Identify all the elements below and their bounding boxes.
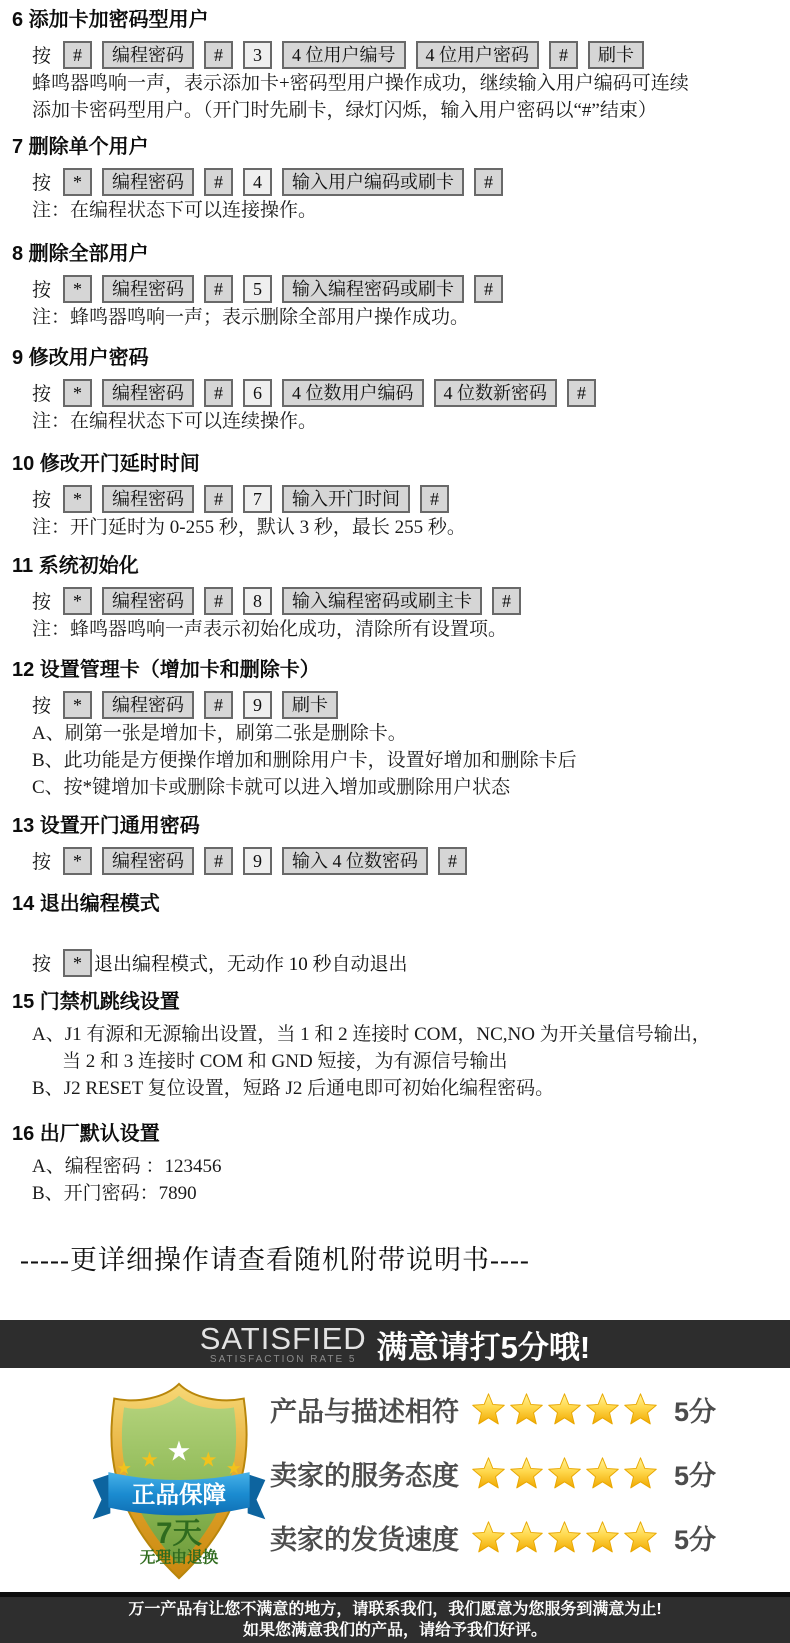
rating-score: 5分 xyxy=(674,1390,716,1429)
body-line: 注：在编程状态下可以连续操作。 xyxy=(0,409,790,434)
section-heading: 15 门禁机跳线设置 xyxy=(0,990,790,1014)
keypad-key: 输入编程密码或刷卡 xyxy=(282,275,464,303)
badge-star-icon: ★ xyxy=(199,1449,217,1471)
ribbon-label: 正品保障 xyxy=(132,1481,227,1508)
keypad-key: 刷卡 xyxy=(282,691,338,719)
section-heading: 8 删除全部用户 xyxy=(0,242,790,266)
footer-line-1: 万一产品有让您不满意的地方，请联系我们，我们愿意为您服务到满意为止! xyxy=(0,1599,790,1620)
body-line: A、J1 有源和无源输出设置，当 1 和 2 连接时 COM，NC,NO 为开关… xyxy=(0,1022,790,1047)
section-heading: 14 退出编程模式 xyxy=(0,892,790,916)
keypad-key: * xyxy=(63,847,92,875)
keypad-sequence: 按*编程密码#7输入开门时间# xyxy=(0,484,790,513)
section-heading: 10 修改开门延时时间 xyxy=(0,452,790,476)
keypad-key: 编程密码 xyxy=(102,485,194,513)
badge-star-icon: ★ xyxy=(140,1449,158,1471)
keypad-key: 编程密码 xyxy=(102,691,194,719)
rating-row: 卖家的服务态度5分 xyxy=(270,1452,716,1494)
keypad-key: * xyxy=(63,587,92,615)
rating-label: 卖家的服务态度 xyxy=(270,1454,466,1493)
keypad-key: 9 xyxy=(243,691,272,719)
keypad-sequence: 按*编程密码#9输入 4 位数密码# xyxy=(0,846,790,875)
keypad-key: 编程密码 xyxy=(102,847,194,875)
instruction-section-13: 13 设置开门通用密码按*编程密码#9输入 4 位数密码# xyxy=(0,814,790,875)
star-icon xyxy=(622,1455,659,1492)
authenticity-badge: ★ ★ ★ ★ ★ 正品保障 7天 无理由退换 xyxy=(90,1378,268,1584)
keypad-key: * xyxy=(63,168,92,196)
rating-rows: 产品与描述相符5分卖家的服务态度5分卖家的发货速度5分 xyxy=(270,1388,716,1558)
keypad-key: 4 位数新密码 xyxy=(434,379,558,407)
press-label: 按 xyxy=(32,275,51,302)
keypad-key: 刷卡 xyxy=(588,41,644,69)
keypad-sequence: 按*编程密码#64 位数用户编码4 位数新密码# xyxy=(0,378,790,407)
star-icon xyxy=(584,1519,621,1556)
star-icon xyxy=(470,1455,507,1492)
section-heading: 12 设置管理卡（增加卡和删除卡） xyxy=(0,658,790,682)
rating-score: 5分 xyxy=(674,1518,716,1557)
keypad-key: 输入 4 位数密码 xyxy=(282,847,428,875)
body-line: 注：在编程状态下可以连接操作。 xyxy=(0,198,790,223)
keypad-key: # xyxy=(492,587,521,615)
keypad-key: 4 位用户编号 xyxy=(282,41,406,69)
press-label: 按 xyxy=(32,587,51,614)
keypad-key: # xyxy=(474,275,503,303)
keypad-key: # xyxy=(204,275,233,303)
banner-english-subtitle: SATISFACTION RATE 5 xyxy=(200,1355,367,1365)
body-line: A、编程密码 ：123456 xyxy=(0,1154,790,1179)
ratings-section: ★ ★ ★ ★ ★ 正品保障 7天 无理由退换 产品与描述相符5分卖家的服务态度… xyxy=(0,1368,790,1592)
keypad-sequence: 按*编程密码#4输入用户编码或刷卡# xyxy=(0,167,790,196)
section-heading: 13 设置开门通用密码 xyxy=(0,814,790,838)
section-heading: 7 删除单个用户 xyxy=(0,135,790,159)
keypad-key: * xyxy=(63,691,92,719)
product-manual-page: 6 添加卡加密码型用户按#编程密码#34 位用户编号4 位用户密码#刷卡蜂鸣器鸣… xyxy=(0,0,790,1643)
keypad-sequence: 按*编程密码#9刷卡 xyxy=(0,690,790,719)
star-icon xyxy=(584,1391,621,1428)
keypad-key: * xyxy=(63,379,92,407)
keypad-sequence: 按*退出编程模式，无动作 10 秒自动退出 xyxy=(0,948,790,977)
keypad-key: 编程密码 xyxy=(102,275,194,303)
keypad-key: # xyxy=(567,379,596,407)
press-label: 按 xyxy=(32,168,51,195)
keypad-key: 4 xyxy=(243,168,272,196)
star-group xyxy=(470,1391,660,1428)
keypad-key: # xyxy=(549,41,578,69)
body-line: A、刷第一张是增加卡，刷第二张是删除卡。 xyxy=(0,721,790,746)
press-label: 按 xyxy=(32,485,51,512)
keypad-key: 7 xyxy=(243,485,272,513)
keypad-key: 编程密码 xyxy=(102,379,194,407)
divider-note: -----更详细操作请查看随机附带说明书---- xyxy=(20,1238,530,1277)
body-line: C、按*键增加卡或删除卡就可以进入增加或删除用户状态 xyxy=(0,775,790,800)
keypad-key: 4 位数用户编码 xyxy=(282,379,424,407)
keypad-key: 5 xyxy=(243,275,272,303)
star-icon xyxy=(622,1519,659,1556)
star-icon xyxy=(584,1455,621,1492)
star-icon xyxy=(508,1519,545,1556)
body-line: 蜂鸣器鸣响一声，表示添加卡+密码型用户操作成功，继续输入用户编码可连续 xyxy=(0,71,790,96)
keypad-key: # xyxy=(204,379,233,407)
instruction-section-16: 16 出厂默认设置A、编程密码 ：123456B、开门密码：7890 xyxy=(0,1122,790,1206)
press-label: 按 xyxy=(32,41,51,68)
press-label: 按 xyxy=(32,847,51,874)
footer-line-2: 如果您满意我们的产品，请给予我们好评。 xyxy=(0,1620,790,1641)
keypad-key: * xyxy=(63,949,92,977)
keypad-key: # xyxy=(63,41,92,69)
instruction-section-10: 10 修改开门延时时间按*编程密码#7输入开门时间#注：开门延时为 0-255 … xyxy=(0,452,790,540)
star-icon xyxy=(508,1391,545,1428)
body-line: B、开门密码：7890 xyxy=(0,1181,790,1206)
keypad-key: 8 xyxy=(243,587,272,615)
star-icon xyxy=(470,1391,507,1428)
badge-days-label: 7天 xyxy=(156,1517,202,1550)
body-line: B、此功能是方便操作增加和删除用户卡，设置好增加和删除卡后 xyxy=(0,748,790,773)
footer-bar: 万一产品有让您不满意的地方，请联系我们，我们愿意为您服务到满意为止! 如果您满意… xyxy=(0,1592,790,1643)
star-icon xyxy=(546,1455,583,1492)
instruction-section-11: 11 系统初始化按*编程密码#8输入编程密码或刷主卡#注：蜂鸣器鸣响一声表示初始… xyxy=(0,554,790,642)
instruction-section-6: 6 添加卡加密码型用户按#编程密码#34 位用户编号4 位用户密码#刷卡蜂鸣器鸣… xyxy=(0,8,790,123)
keypad-key: 编程密码 xyxy=(102,168,194,196)
body-line: 注：蜂鸣器鸣响一声；表示删除全部用户操作成功。 xyxy=(0,305,790,330)
section-heading: 11 系统初始化 xyxy=(0,554,790,578)
keypad-sequence: 按*编程密码#8输入编程密码或刷主卡# xyxy=(0,586,790,615)
rating-row: 产品与描述相符5分 xyxy=(270,1388,716,1430)
rating-label: 产品与描述相符 xyxy=(270,1390,466,1429)
badge-policy-label: 无理由退换 xyxy=(140,1547,219,1566)
keypad-key: # xyxy=(204,691,233,719)
body-line: 注：开门延时为 0-255 秒，默认 3 秒，最长 255 秒。 xyxy=(0,515,790,540)
satisfaction-banner: SATISFIED SATISFACTION RATE 5 满意请打5分哦! xyxy=(0,1320,790,1368)
star-icon xyxy=(508,1455,545,1492)
keypad-key: # xyxy=(204,847,233,875)
section-heading: 16 出厂默认设置 xyxy=(0,1122,790,1146)
keypad-key: 编程密码 xyxy=(102,587,194,615)
instruction-section-9: 9 修改用户密码按*编程密码#64 位数用户编码4 位数新密码#注：在编程状态下… xyxy=(0,346,790,434)
star-icon xyxy=(622,1391,659,1428)
star-icon xyxy=(470,1519,507,1556)
body-line: B、J2 RESET 复位设置，短路 J2 后通电即可初始化编程密码。 xyxy=(0,1076,790,1101)
keypad-key: 输入开门时间 xyxy=(282,485,410,513)
body-line: 注：蜂鸣器鸣响一声表示初始化成功，清除所有设置项。 xyxy=(0,617,790,642)
keypad-key: 6 xyxy=(243,379,272,407)
star-icon xyxy=(546,1391,583,1428)
press-label: 按 xyxy=(32,379,51,406)
section-heading: 9 修改用户密码 xyxy=(0,346,790,370)
keypad-key: # xyxy=(438,847,467,875)
press-label: 按 xyxy=(32,691,51,718)
star-group xyxy=(470,1519,660,1556)
press-label: 按 xyxy=(32,949,51,976)
key-row-text: 退出编程模式，无动作 10 秒自动退出 xyxy=(94,949,408,976)
rating-label: 卖家的发货速度 xyxy=(270,1518,466,1557)
keypad-key: * xyxy=(63,275,92,303)
keypad-key: # xyxy=(204,168,233,196)
keypad-key: # xyxy=(204,485,233,513)
instruction-section-14: 14 退出编程模式按*退出编程模式，无动作 10 秒自动退出 xyxy=(0,892,790,977)
keypad-sequence: 按*编程密码#5输入编程密码或刷卡# xyxy=(0,274,790,303)
instruction-section-7: 7 删除单个用户按*编程密码#4输入用户编码或刷卡#注：在编程状态下可以连接操作… xyxy=(0,135,790,223)
keypad-key: 输入编程密码或刷主卡 xyxy=(282,587,482,615)
body-line: 当 2 和 3 连接时 COM 和 GND 短接，为有源信号输出 xyxy=(0,1049,790,1074)
instruction-section-15: 15 门禁机跳线设置A、J1 有源和无源输出设置，当 1 和 2 连接时 COM… xyxy=(0,990,790,1101)
instruction-document: 6 添加卡加密码型用户按#编程密码#34 位用户编号4 位用户密码#刷卡蜂鸣器鸣… xyxy=(0,0,790,1320)
keypad-key: # xyxy=(420,485,449,513)
ribbon-right-tail xyxy=(248,1474,266,1519)
keypad-key: 3 xyxy=(243,41,272,69)
rating-row: 卖家的发货速度5分 xyxy=(270,1516,716,1558)
keypad-sequence: 按#编程密码#34 位用户编号4 位用户密码#刷卡 xyxy=(0,40,790,69)
keypad-key: 编程密码 xyxy=(102,41,194,69)
star-icon xyxy=(546,1519,583,1556)
badge-star-icon: ★ xyxy=(167,1436,192,1466)
keypad-key: 9 xyxy=(243,847,272,875)
banner-chinese-title: 满意请打5分哦! xyxy=(377,1322,591,1367)
instruction-section-8: 8 删除全部用户按*编程密码#5输入编程密码或刷卡#注：蜂鸣器鸣响一声；表示删除… xyxy=(0,242,790,330)
keypad-key: # xyxy=(204,41,233,69)
keypad-key: * xyxy=(63,485,92,513)
keypad-key: # xyxy=(204,587,233,615)
rating-score: 5分 xyxy=(674,1454,716,1493)
section-heading: 6 添加卡加密码型用户 xyxy=(0,8,790,32)
star-group xyxy=(470,1455,660,1492)
ribbon-left-tail xyxy=(93,1474,111,1519)
banner-english-title: SATISFIED xyxy=(200,1323,367,1354)
body-line: 添加卡密码型用户。（开门时先刷卡，绿灯闪烁，输入用户密码以“#”结束） xyxy=(0,98,790,123)
keypad-key: # xyxy=(474,168,503,196)
keypad-key: 4 位用户密码 xyxy=(416,41,540,69)
banner-english-block: SATISFIED SATISFACTION RATE 5 xyxy=(200,1323,367,1365)
keypad-key: 输入用户编码或刷卡 xyxy=(282,168,464,196)
instruction-section-12: 12 设置管理卡（增加卡和删除卡）按*编程密码#9刷卡A、刷第一张是增加卡，刷第… xyxy=(0,658,790,800)
